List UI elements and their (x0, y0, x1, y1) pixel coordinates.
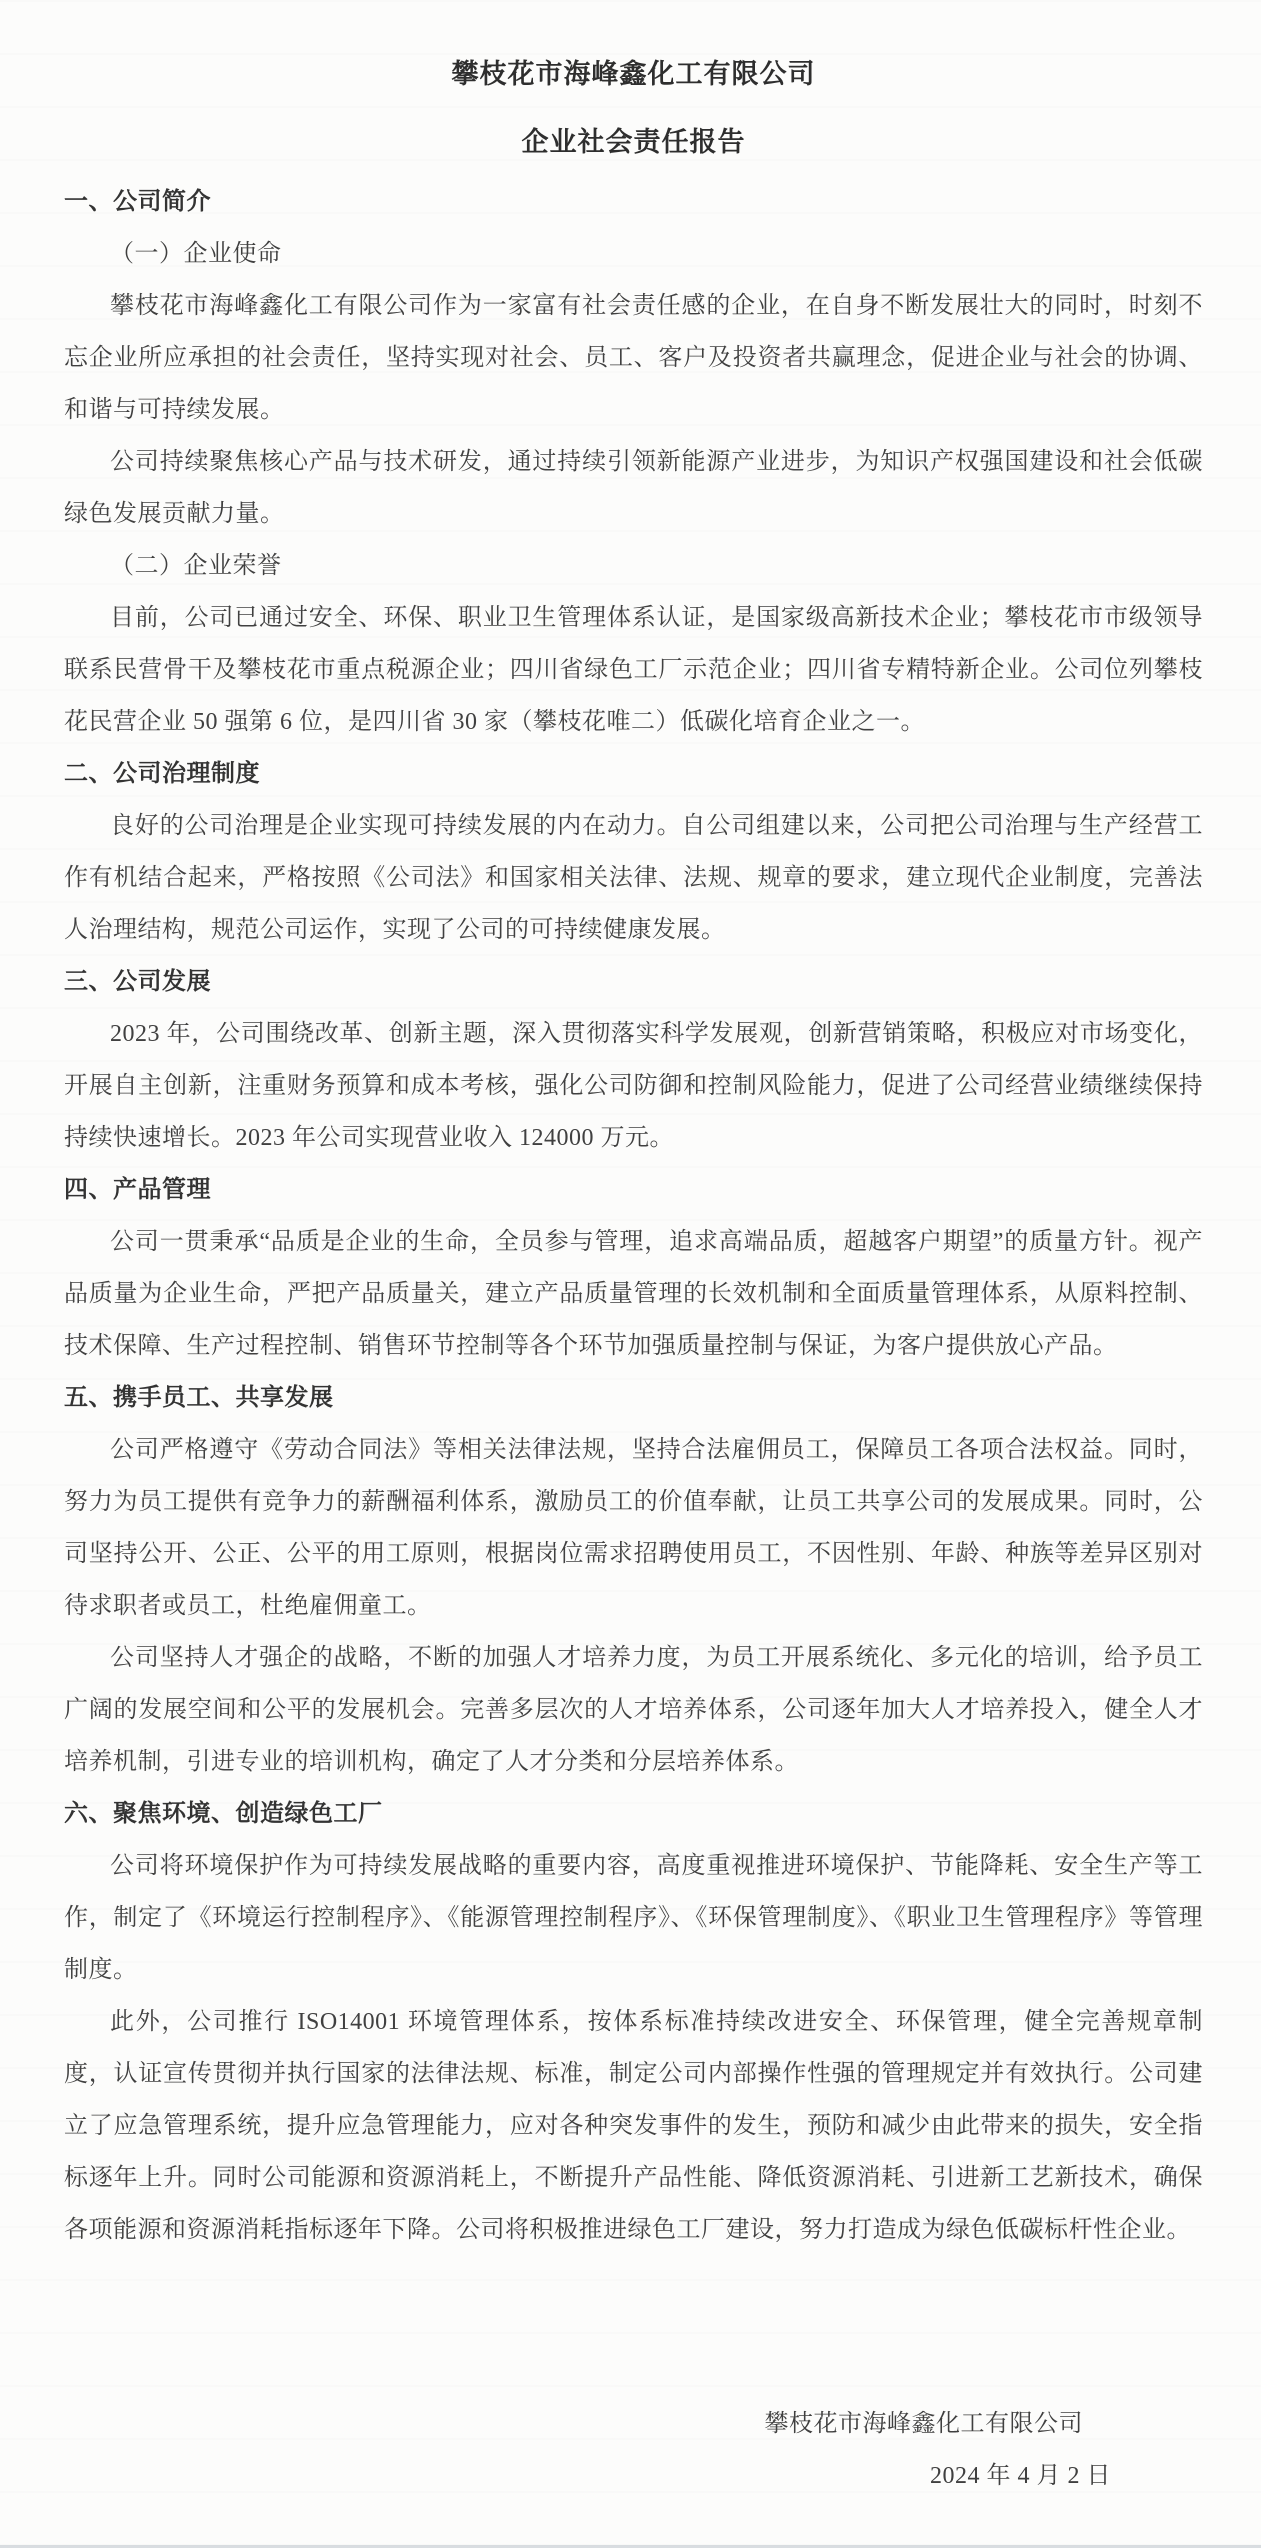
document-title-report: 企业社会责任报告 (64, 108, 1203, 176)
paragraph: 公司坚持人才强企的战略，不断的加强人才培养力度，为员工开展系统化、多元化的培训，… (64, 1632, 1203, 1788)
paragraph: 良好的公司治理是企业实现可持续发展的内在动力。自公司组建以来，公司把公司治理与生… (64, 800, 1203, 956)
section-heading: 六、聚焦环境、创造绿色工厂 (64, 1788, 1203, 1840)
paragraph: 攀枝花市海峰鑫化工有限公司作为一家富有社会责任感的企业，在自身不断发展壮大的同时… (64, 280, 1203, 436)
signature-date: 2024 年 4 月 2 日 (64, 2450, 1203, 2502)
paragraph: 公司持续聚焦核心产品与技术研发，通过持续引领新能源产业进步，为知识产权强国建设和… (64, 436, 1203, 540)
section-heading: 一、公司简介 (64, 176, 1203, 228)
section-heading: 四、产品管理 (64, 1164, 1203, 1216)
document-body: 一、公司简介（一）企业使命攀枝花市海峰鑫化工有限公司作为一家富有社会责任感的企业… (64, 176, 1203, 2256)
section-heading: 二、公司治理制度 (64, 748, 1203, 800)
section-subheading: （二）企业荣誉 (64, 540, 1203, 592)
paragraph: 公司一贯秉承“品质是企业的生命，全员参与管理，追求高端品质，超越客户期望”的质量… (64, 1216, 1203, 1372)
paragraph: 公司将环境保护作为可持续发展战略的重要内容，高度重视推进环境保护、节能降耗、安全… (64, 1840, 1203, 1996)
paragraph: 此外，公司推行 ISO14001 环境管理体系，按体系标准持续改进安全、环保管理… (64, 1996, 1203, 2256)
section-subheading: （一）企业使命 (64, 228, 1203, 280)
section-heading: 五、携手员工、共享发展 (64, 1372, 1203, 1424)
document-title-company: 攀枝花市海峰鑫化工有限公司 (64, 40, 1203, 108)
signature-company: 攀枝花市海峰鑫化工有限公司 (64, 2398, 1203, 2450)
paragraph: 公司严格遵守《劳动合同法》等相关法律法规，坚持合法雇佣员工，保障员工各项合法权益… (64, 1424, 1203, 1632)
paragraph: 目前，公司已通过安全、环保、职业卫生管理体系认证，是国家级高新技术企业；攀枝花市… (64, 592, 1203, 748)
signature-block: 攀枝花市海峰鑫化工有限公司 2024 年 4 月 2 日 (64, 2398, 1203, 2502)
section-heading: 三、公司发展 (64, 956, 1203, 1008)
paragraph: 2023 年，公司围绕改革、创新主题，深入贯彻落实科学发展观，创新营销策略，积极… (64, 1008, 1203, 1164)
document-page: 攀枝花市海峰鑫化工有限公司 企业社会责任报告 一、公司简介（一）企业使命攀枝花市… (0, 0, 1261, 2502)
